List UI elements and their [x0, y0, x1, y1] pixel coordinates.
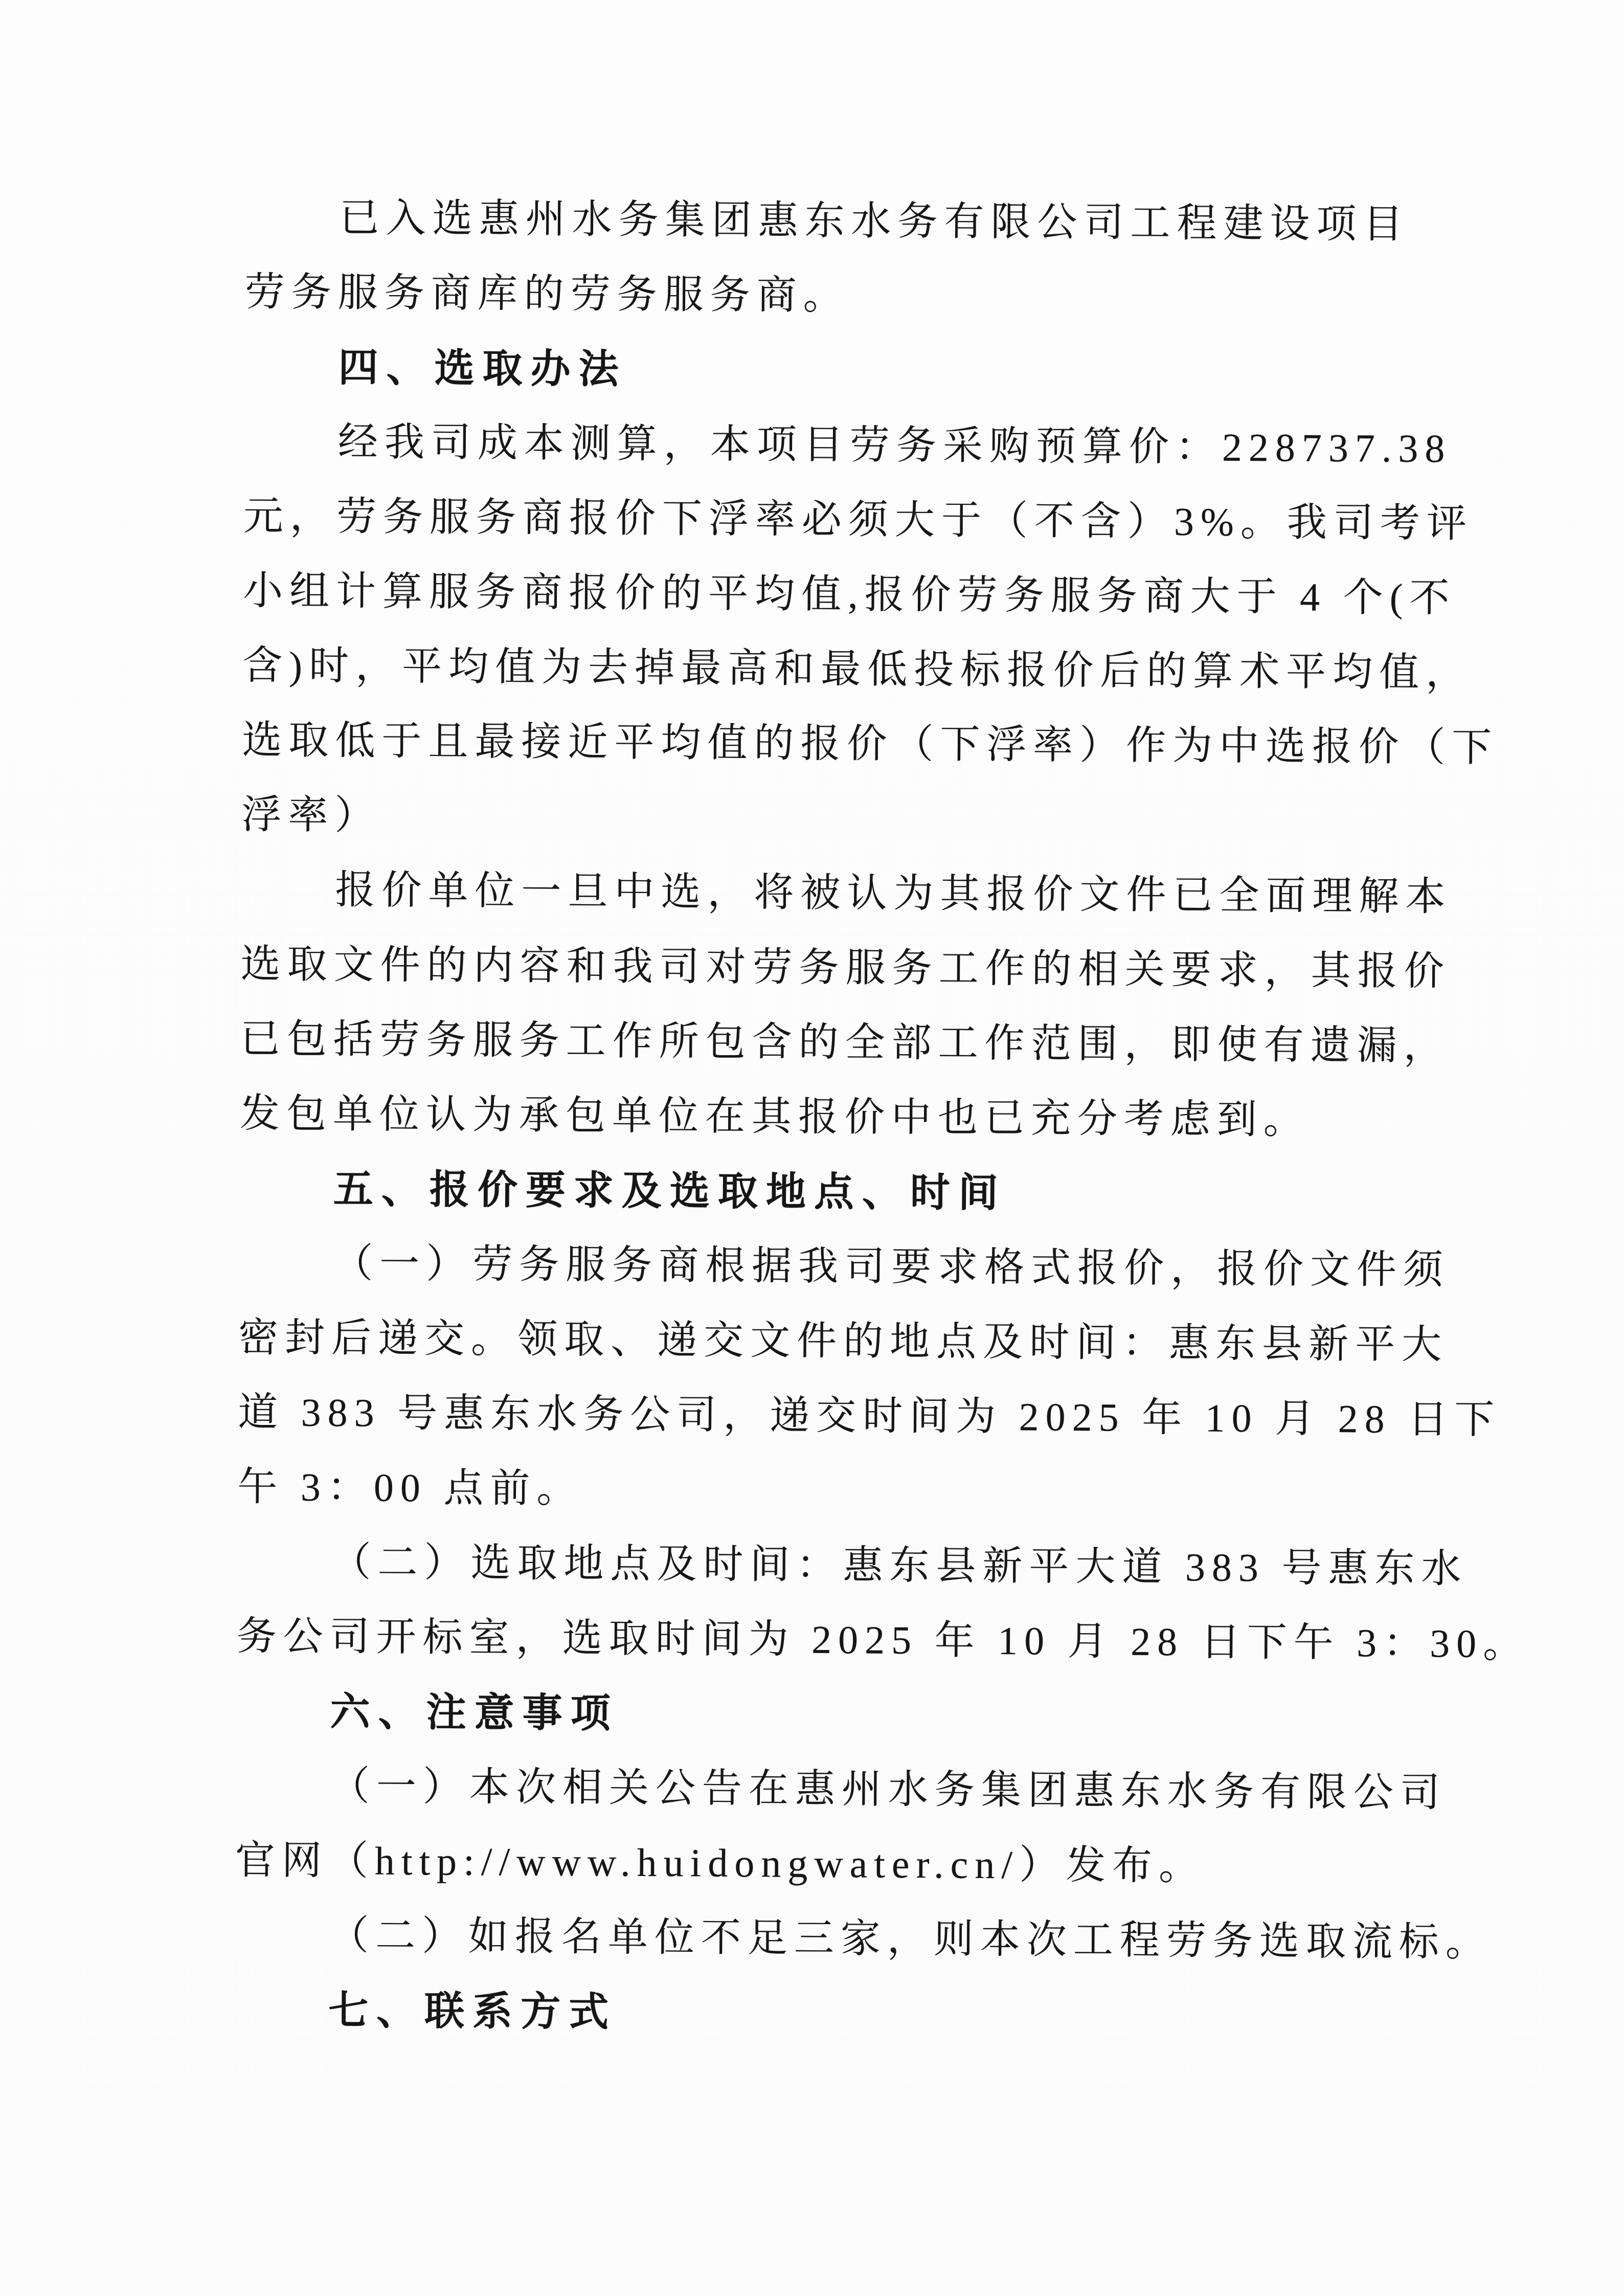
body-text-line: 务公司开标室，选取时间为 2025 年 10 月 28 日下午 3：30。	[236, 1599, 1382, 1681]
body-text-line: （二）如报名单位不足三家，则本次工程劳务选取流标。	[235, 1898, 1381, 1979]
section-heading-6-notes: 六、注意事项	[236, 1674, 1382, 1755]
body-text-line: 报价单位一旦中选，将被认为其报价文件已全面理解本	[241, 852, 1387, 934]
body-text-line: 发包单位认为承包单位在其报价中也已充分考虑到。	[239, 1076, 1385, 1158]
scan-noise	[0, 0, 2, 2]
body-text-line: （二）选取地点及时间：惠东县新平大道 383 号惠东水	[237, 1524, 1383, 1606]
body-text-line: 浮率）	[241, 777, 1387, 859]
body-text-line: （一）本次相关公告在惠州水务集团惠东水务有限公司	[235, 1748, 1381, 1830]
body-text-line: 选取低于且最接近平均值的报价（下浮率）作为中选报价（下	[242, 703, 1388, 785]
section-heading-7-contact: 七、联系方式	[234, 1972, 1380, 2054]
body-text-line: 经我司成本测算，本项目劳务采购预算价：228737.38	[243, 404, 1389, 486]
body-text-line: （一）劳务服务商根据我司要求格式报价，报价文件须	[239, 1225, 1385, 1307]
body-text-line: 劳务服务商库的劳务服务商。	[244, 255, 1390, 337]
body-text-line: 密封后递交。领取、递交文件的地点及时间：惠东县新平大	[238, 1300, 1384, 1382]
body-text-line: 道 383 号惠东水务公司，递交时间为 2025 年 10 月 28 日下	[238, 1375, 1384, 1457]
section-heading-4-selection-method: 四、选取办法	[244, 329, 1390, 411]
body-text-line: 元，劳务服务商报价下浮率必须大于（不含）3%。我司考评	[243, 479, 1389, 561]
body-text-line: 选取文件的内容和我司对劳务服务工作的相关要求，其报价	[240, 927, 1386, 1009]
body-text-line: 小组计算服务商报价的平均值,报价劳务服务商大于 4 个(不	[243, 553, 1389, 635]
document-text-block: 已入选惠州水务集团惠东水务有限公司工程建设项目 劳务服务商库的劳务服务商。 四、…	[234, 180, 1391, 2054]
body-text-line: 午 3：00 点前。	[237, 1450, 1383, 1531]
body-text-line-with-url: 官网（http://www.huidongwater.cn/）发布。	[235, 1823, 1381, 1905]
body-text-line: 含)时，平均值为去掉最高和最低投标报价后的算术平均值，	[242, 628, 1388, 710]
body-text-line: 已入选惠州水务集团惠东水务有限公司工程建设项目	[245, 180, 1391, 262]
document-page: 已入选惠州水务集团惠东水务有限公司工程建设项目 劳务服务商库的劳务服务商。 四、…	[0, 0, 1624, 2296]
section-heading-5-quote-requirements: 五、报价要求及选取地点、时间	[239, 1151, 1385, 1233]
body-text-line: 已包括劳务服务工作所包含的全部工作范围，即使有遗漏，	[240, 1001, 1386, 1083]
